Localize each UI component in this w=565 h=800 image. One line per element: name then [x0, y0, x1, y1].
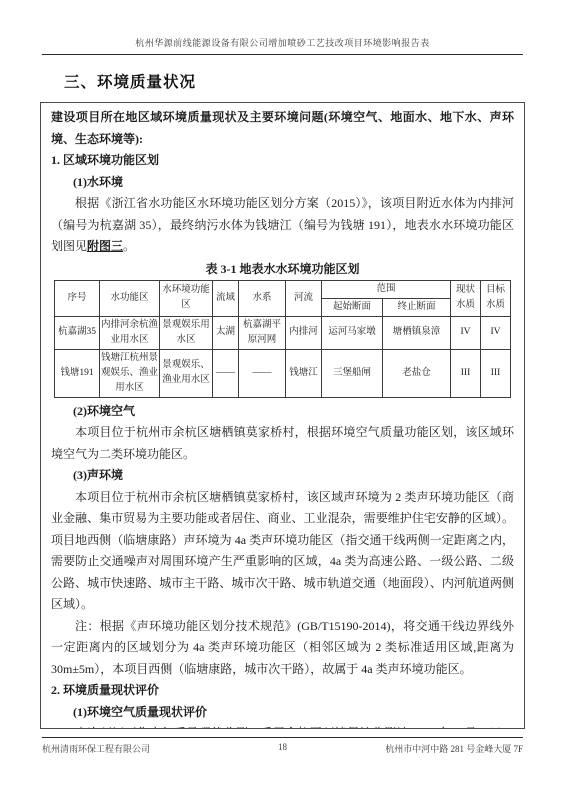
cell-start-section: 三堡船闸 [321, 349, 382, 397]
heading-current-quality-assessment: 2. 环境质量现状评价 [51, 680, 514, 702]
heading-region-function-zoning: 1. 区域环境功能区划 [51, 150, 514, 172]
running-header: 杭州华源前线能源设备有限公司增加喷砂工艺技改项目环境影响报告表 [42, 36, 523, 55]
table-header-row-1: 序号 水功能区 水环境功能区 流域 水系 河流 范围 现状水质 目标水质 [54, 280, 510, 298]
ambient-air-paragraph: 本项目位于杭州市余杭区塘栖镇莫家桥村，根据环境空气质量功能区划，该区域环境空气为… [51, 422, 514, 465]
heading-air-quality-assessment: (1)环境空气质量现状评价 [51, 702, 514, 724]
cell-river: 内排河 [285, 316, 321, 349]
cell-func-zone: 钱塘江杭州景观娱乐、渔业用水区 [99, 349, 159, 397]
col-header-seq: 序号 [54, 280, 99, 316]
air-quality-assessment-paragraph: 本次环评不作空气质量现状监测，采用余杭区环境保护监测站 2016 年 7 月 5… [51, 723, 514, 729]
cell-water-system: —— [238, 349, 285, 397]
heading-ambient-air: (2)环境空气 [51, 401, 514, 423]
heading-acoustic-environment: (3)声环境 [51, 465, 514, 487]
col-header-target-quality: 目标水质 [481, 280, 511, 316]
page-title: 三、环境质量状况 [64, 70, 196, 92]
footer-company-name: 杭州清雨环保工程有限公司 [42, 742, 150, 755]
intro-text: 建设项目所在地区域环境质量现状及主要环境问题(环境空气、地面水、地下水、声环境、… [51, 107, 514, 150]
cell-end-section: 塘栖镇泉漳 [382, 316, 450, 349]
col-header-range: 范围 [321, 280, 450, 298]
cell-target-quality: III [481, 349, 511, 397]
col-header-current-quality: 现状水质 [451, 280, 481, 316]
cell-basin: —— [212, 349, 238, 397]
table-title: 表 3-1 地表水水环境功能区划 [51, 259, 514, 279]
col-header-end-section: 终止断面 [382, 298, 450, 316]
col-header-start-section: 起始断面 [321, 298, 382, 316]
water-paragraph-period: 。 [123, 239, 135, 253]
table-row: 钱塘191 钱塘江杭州景观娱乐、渔业用水区 景观娱乐、渔业用水区 —— —— 钱… [54, 349, 510, 397]
content-box: 建设项目所在地区域环境质量现状及主要环境问题(环境空气、地面水、地下水、声环境、… [40, 102, 525, 729]
cell-water-system: 杭嘉湖平原河网 [238, 316, 285, 349]
water-environment-paragraph: 根据《浙江省水功能区水环境功能区划分方案（2015）》，该项目附近水体为内排河（… [51, 193, 514, 258]
cell-env-func-zone: 景观娱乐、渔业用水区 [159, 349, 212, 397]
cell-func-zone: 内排河余杭渔业用水区 [99, 316, 159, 349]
table-row: 杭嘉湖35 内排河余杭渔业用水区 景观娱乐用水区 太湖 杭嘉湖平原河网 内排河 … [54, 316, 510, 349]
attachment-figure-reference: 附图三 [87, 239, 123, 253]
cell-env-func-zone: 景观娱乐用水区 [159, 316, 212, 349]
running-footer: 杭州清雨环保工程有限公司 18 杭州市中河中路 281 号金峰大厦 7F [42, 737, 523, 755]
col-header-basin: 流域 [212, 280, 238, 316]
running-header-title: 杭州华源前线能源设备有限公司增加喷砂工艺技改项目环境影响报告表 [135, 38, 430, 48]
footer-page-number: 18 [278, 742, 287, 752]
footer-address: 杭州市中河中路 281 号金峰大厦 7F [385, 742, 523, 755]
cell-current-quality: III [451, 349, 481, 397]
surface-water-function-table: 序号 水功能区 水环境功能区 流域 水系 河流 范围 现状水质 目标水质 起始断… [54, 280, 511, 398]
col-header-func-zone: 水功能区 [99, 280, 159, 316]
acoustic-environment-paragraph: 本项目位于杭州市余杭区塘栖镇莫家桥村，该区域声环境为 2 类声环境功能区（商业金… [51, 487, 514, 616]
acoustic-note-paragraph: 注：根据《声环境功能区划分技术规范》(GB/T15190-2014)，将交通干线… [51, 616, 514, 681]
cell-end-section: 老盐仓 [382, 349, 450, 397]
heading-water-environment: (1)水环境 [51, 172, 514, 194]
col-header-env-func-zone: 水环境功能区 [159, 280, 212, 316]
cell-target-quality: IV [481, 316, 511, 349]
document-page: 杭州华源前线能源设备有限公司增加喷砂工艺技改项目环境影响报告表 三、环境质量状况… [0, 0, 565, 800]
cell-seq: 钱塘191 [54, 349, 99, 397]
cell-seq: 杭嘉湖35 [54, 316, 99, 349]
cell-basin: 太湖 [212, 316, 238, 349]
cell-current-quality: IV [451, 316, 481, 349]
cell-river: 钱塘江 [285, 349, 321, 397]
col-header-river: 河流 [285, 280, 321, 316]
col-header-water-system: 水系 [238, 280, 285, 316]
cell-start-section: 运河马家墩 [321, 316, 382, 349]
